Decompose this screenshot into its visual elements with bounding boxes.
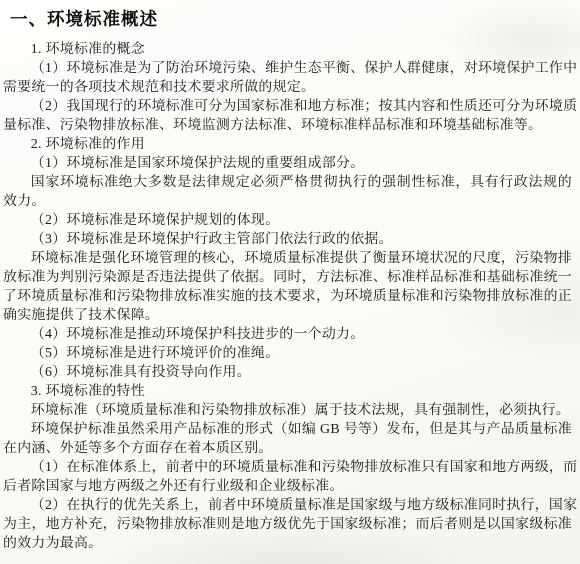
paragraph: （2）我国现行的环境标准可分为国家标准和地方标准；按其内容和性质还可分为环境质量… xyxy=(3,97,572,135)
text-line: 后者除国家与地方两级之外还有行业级和企业级标准。 xyxy=(3,477,572,496)
text-line: （1）在标准体系上，前者中的环境质量标准和污染物排放标准只有国家和地方两级，而 xyxy=(3,458,572,477)
text-line: 了环境质量标准和污染物排放标准实施的技术要求，为环境质量标准和污染物排放标准的正 xyxy=(3,287,572,306)
text-line: 环境保护标准虽然采用产品标准的形式（如编 GB 号等）发布，但是其与产品质量标准 xyxy=(3,420,572,439)
document-body: 1. 环境标准的概念（1）环境标准是为了防治环境污染、维护生态平衡、保护人群健康… xyxy=(3,40,572,553)
text-line: （2）我国现行的环境标准可分为国家标准和地方标准；按其内容和性质还可分为环境质 xyxy=(3,97,572,116)
paragraph: 环境标准是强化环境管理的核心，环境质量标准提供了衡量环境状况的尺度，污染物排放标… xyxy=(3,249,572,325)
text-line: 国家环境标准绝大多数是法律规定必须严格贯彻执行的强制性标准，具有行政法规的 xyxy=(3,173,572,192)
text-line: 环境标准是强化环境管理的核心，环境质量标准提供了衡量环境状况的尺度，污染物排 xyxy=(3,249,572,268)
paragraph: （1）在标准体系上，前者中的环境质量标准和污染物排放标准只有国家和地方两级，而后… xyxy=(3,458,572,496)
text-line: （5）环境标准是进行环境评价的准绳。 xyxy=(3,344,572,363)
paragraph: （6）环境标准具有投资导向作用。 xyxy=(3,363,572,382)
paragraph: 2. 环境标准的作用 xyxy=(3,135,572,154)
text-line: （4）环境标准是推动环境保护科技进步的一个动力。 xyxy=(3,325,572,344)
paragraph: 环境标准（环境质量标准和污染物排放标准）属于技术法规，具有强制性，必须执行。 xyxy=(3,401,572,420)
text-line: 效力。 xyxy=(3,192,572,211)
text-line: 确实施提供了技术保障。 xyxy=(3,306,572,325)
text-line: （2）环境标准是环境保护规划的体现。 xyxy=(3,211,572,230)
text-line: 需要统一的各项技术规范和技术要求所做的规定。 xyxy=(3,78,572,97)
text-line: 为主，地方补充，污染物排放标准则是地方级优先于国家级标准；而后者则是以国家级标准 xyxy=(3,515,572,534)
paragraph: （5）环境标准是进行环境评价的准绳。 xyxy=(3,344,572,363)
paragraph: （2）环境标准是环境保护规划的体现。 xyxy=(3,211,572,230)
text-line: 放标准为判别污染源是否违法提供了依据。同时，方法标准、标准样品标准和基础标准统一 xyxy=(3,268,572,287)
text-line: 3. 环境标准的特性 xyxy=(3,382,572,401)
paragraph: 环境保护标准虽然采用产品标准的形式（如编 GB 号等）发布，但是其与产品质量标准… xyxy=(3,420,572,458)
paragraph: 国家环境标准绝大多数是法律规定必须严格贯彻执行的强制性标准，具有行政法规的效力。 xyxy=(3,173,572,211)
text-line: （1）环境标准是为了防治环境污染、维护生态平衡、保护人群健康，对环境保护工作中 xyxy=(3,59,572,78)
text-line: 环境标准（环境质量标准和污染物排放标准）属于技术法规，具有强制性，必须执行。 xyxy=(3,401,572,420)
document-page: 一、环境标准概述 1. 环境标准的概念（1）环境标准是为了防治环境污染、维护生态… xyxy=(0,0,580,564)
text-line: 的效力为最高。 xyxy=(3,534,572,553)
text-line: （3）环境标准是环境保护行政主管部门依法行政的依据。 xyxy=(3,230,572,249)
page-title: 一、环境标准概述 xyxy=(10,8,572,30)
text-line: 2. 环境标准的作用 xyxy=(3,135,572,154)
paragraph: （4）环境标准是推动环境保护科技进步的一个动力。 xyxy=(3,325,572,344)
paragraph: （2）在执行的优先关系上，前者中环境质量标准是国家级与地方级标准同时执行，国家为… xyxy=(3,496,572,553)
paragraph: 3. 环境标准的特性 xyxy=(3,382,572,401)
paragraph: （1）环境标准是为了防治环境污染、维护生态平衡、保护人群健康，对环境保护工作中需… xyxy=(3,59,572,97)
text-line: 在内涵、外延等多个方面存在着本质区别。 xyxy=(3,439,572,458)
text-line: （1）环境标准是国家环境保护法规的重要组成部分。 xyxy=(3,154,572,173)
text-line: （6）环境标准具有投资导向作用。 xyxy=(3,363,572,382)
text-line: （2）在执行的优先关系上，前者中环境质量标准是国家级与地方级标准同时执行，国家 xyxy=(3,496,572,515)
text-line: 量标准、污染物排放标准、环境监测方法标准、环境标准样品标准和环境基础标准等。 xyxy=(3,116,572,135)
paragraph: 1. 环境标准的概念 xyxy=(3,40,572,59)
paragraph: （1）环境标准是国家环境保护法规的重要组成部分。 xyxy=(3,154,572,173)
paragraph: （3）环境标准是环境保护行政主管部门依法行政的依据。 xyxy=(3,230,572,249)
text-line: 1. 环境标准的概念 xyxy=(3,40,572,59)
